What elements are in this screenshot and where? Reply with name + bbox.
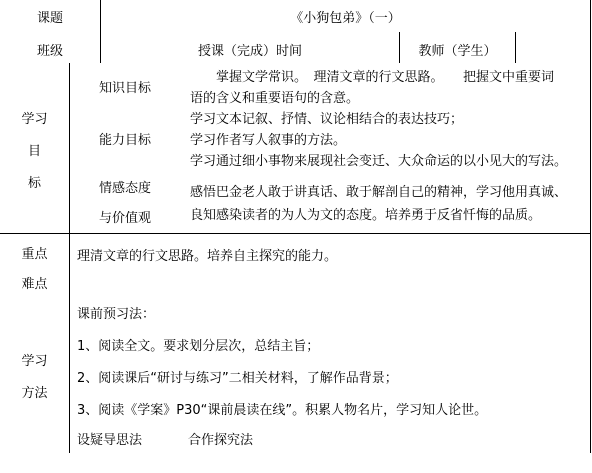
teacher-label: 教师（学生） bbox=[400, 40, 515, 59]
teacher-value-divider bbox=[515, 32, 516, 63]
time-label: 授课（完成）时间 bbox=[101, 40, 399, 59]
methods-label-2: 方法 bbox=[0, 382, 69, 401]
objectives-label-1: 学习 bbox=[0, 108, 69, 127]
objectives-label-3: 标 bbox=[0, 172, 69, 191]
other-method-1: 设疑导思法 bbox=[77, 429, 142, 448]
knowledge-line-2: 语的含义和重要语句的含意。 bbox=[190, 87, 359, 106]
methods-heading: 课前预习法： bbox=[77, 303, 155, 322]
key-points-label-2: 难点 bbox=[0, 273, 69, 292]
method-item-2: 2、阅读课后“研讨与练习”二相关材料，了解作品背景； bbox=[77, 367, 398, 386]
ability-line-1: 学习文本记叙、抒情、议论相结合的表达技巧； bbox=[190, 108, 463, 127]
section-divider bbox=[0, 233, 591, 234]
emotion-label-1: 情感态度 bbox=[99, 177, 151, 196]
other-method-2: 合作探究法 bbox=[188, 429, 253, 448]
topic-label: 课题 bbox=[0, 7, 100, 26]
emotion-label-2: 与价值观 bbox=[99, 207, 151, 226]
objectives-divider bbox=[69, 63, 70, 453]
right-border bbox=[590, 0, 591, 453]
emotion-line-1: 感悟巴金老人敢于讲真话、敢于解剖自己的精神，学习他用真诚、 bbox=[190, 181, 567, 200]
method-item-3: 3、阅读《学案》P30“课前晨读在线”。积累人物名片，学习知人论世。 bbox=[77, 399, 487, 418]
lesson-title: 《小狗包弟》（一） bbox=[101, 7, 590, 26]
class-label: 班级 bbox=[0, 40, 100, 59]
objectives-label-2: 目 bbox=[0, 140, 69, 159]
knowledge-line-1: 掌握文学常识。 理清文章的行文思路。 把握文中重要词 bbox=[190, 66, 554, 85]
key-points-label-1: 重点 bbox=[0, 243, 69, 262]
emotion-line-2: 良知感染读者的为人为文的态度。培养勇于反省忏悔的品质。 bbox=[190, 204, 541, 223]
knowledge-label: 知识目标 bbox=[99, 77, 151, 96]
methods-label-1: 学习 bbox=[0, 350, 69, 369]
method-item-1: 1、阅读全文。要求划分层次，总结主旨； bbox=[77, 335, 319, 354]
ability-line-3: 学习通过细小事物来展现社会变迁、大众命运的以小见大的写法。 bbox=[190, 150, 567, 169]
ability-line-2: 学习作者写人叙事的方法。 bbox=[190, 129, 346, 148]
ability-label: 能力目标 bbox=[99, 129, 151, 148]
key-points-text: 理清文章的行文思路。培养自主探究的能力。 bbox=[77, 245, 337, 264]
